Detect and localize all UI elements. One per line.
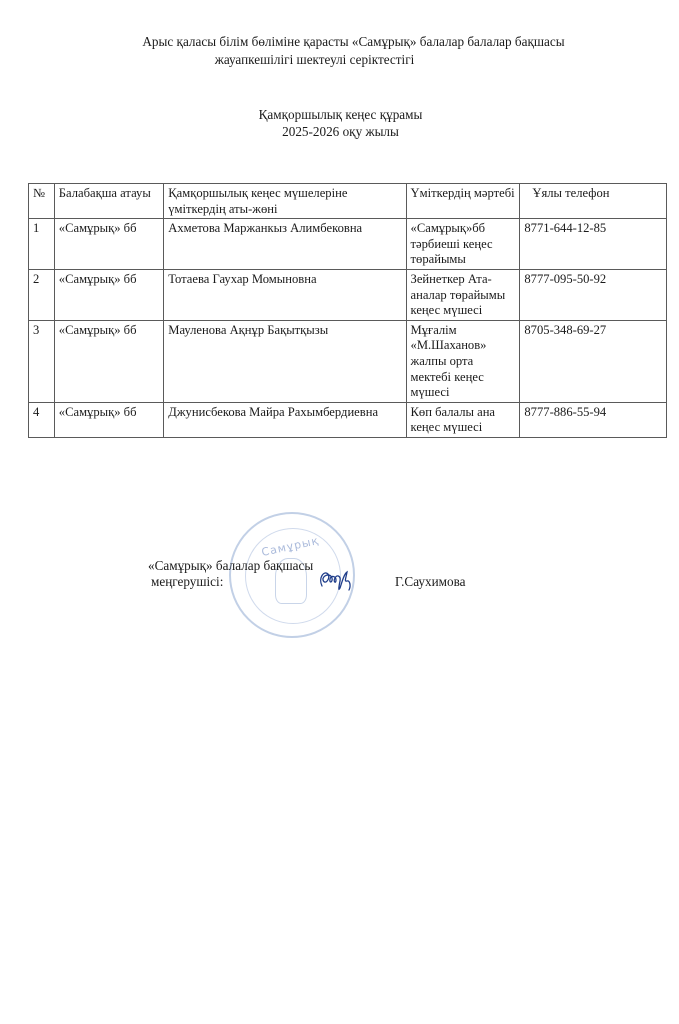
signature-organization: «Самұрық» балалар бақшасы: [148, 557, 313, 574]
council-members-table: № Балабақша атауы Қамқоршылық кеңес мүше…: [28, 183, 667, 438]
column-header-status: Үміткердің мәртебі: [406, 184, 520, 219]
column-header-candidate-name: Қамқоршылық кеңес мүшелеріне үміткердің …: [164, 184, 406, 219]
cell-kindergarten: «Самұрық» бб: [54, 269, 163, 320]
cell-name: Ахметова Маржанкыз Алимбековна: [164, 219, 406, 270]
cell-phone: 8777-095-50-92: [520, 269, 667, 320]
cell-status: «Самұрық»бб тәрбиеші кеңес төрайымы: [406, 219, 520, 270]
table-row: 1 «Самұрық» бб Ахметова Маржанкыз Алимбе…: [29, 219, 667, 270]
cell-name: Мауленова Ақнұр Бақытқызы: [164, 320, 406, 402]
cell-phone: 8777-886-55-94: [520, 402, 667, 437]
column-header-phone: Ұялы телефон: [520, 184, 667, 219]
column-header-kindergarten: Балабақша атауы: [54, 184, 163, 219]
signatory-name: Г.Саухимова: [395, 573, 466, 590]
table-row: 3 «Самұрық» бб Мауленова Ақнұр Бақытқызы…: [29, 320, 667, 402]
cell-phone: 8705-348-69-27: [520, 320, 667, 402]
table-row: 2 «Самұрық» бб Тотаева Гаухар Момыновна …: [29, 269, 667, 320]
handwritten-signature-icon: [316, 566, 358, 594]
cell-kindergarten: «Самұрық» бб: [54, 402, 163, 437]
cell-name: Джунисбекова Майра Рахымбердиевна: [164, 402, 406, 437]
cell-number: 1: [29, 219, 55, 270]
academic-year: 2025-2026 оқу жылы: [1, 123, 679, 140]
cell-status: Зейнеткер Ата-аналар төрайымы кеңес мүше…: [406, 269, 520, 320]
cell-status: Мұғалім «М.Шаханов» жалпы орта мектебі к…: [406, 320, 520, 402]
table-row: 4 «Самұрық» бб Джунисбекова Майра Рахымб…: [29, 402, 667, 437]
cell-kindergarten: «Самұрық» бб: [54, 219, 163, 270]
header-line-2: жауапкешілігі шектеулі серіктестігі: [0, 51, 654, 68]
cell-name: Тотаева Гаухар Момыновна: [164, 269, 406, 320]
cell-status: Көп балалы ана кеңес мүшесі: [406, 402, 520, 437]
document-title: Қамқоршылық кеңес құрамы: [1, 106, 679, 123]
signature-role: меңгерушісі:: [151, 573, 223, 590]
cell-number: 2: [29, 269, 55, 320]
header-line-1: Арыс қаласы білім бөліміне қарасты «Самұ…: [14, 33, 679, 50]
cell-kindergarten: «Самұрық» бб: [54, 320, 163, 402]
column-header-number: №: [29, 184, 55, 219]
cell-number: 4: [29, 402, 55, 437]
cell-number: 3: [29, 320, 55, 402]
table-header-row: № Балабақша атауы Қамқоршылық кеңес мүше…: [29, 184, 667, 219]
cell-phone: 8771-644-12-85: [520, 219, 667, 270]
